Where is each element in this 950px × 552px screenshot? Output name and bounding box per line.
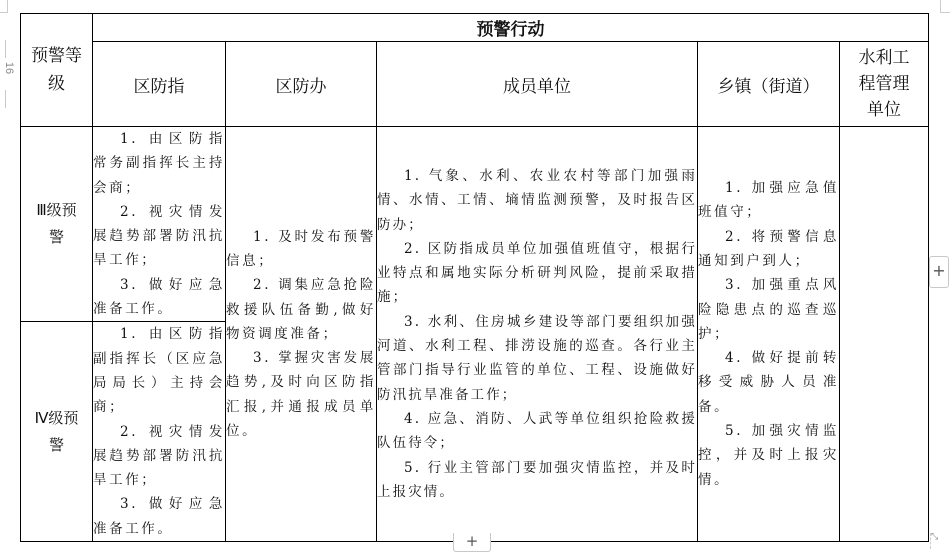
level-3-label: Ⅲ级预警 <box>21 127 93 322</box>
table-row-level3: Ⅲ级预警 1. 由区防指常务副指挥长主持会商； 2. 视灾情发展趋势部署防汛抗旱… <box>21 127 929 322</box>
list-item: 3. 掌握灾害发展趋势,及时向区防指汇报,并通报成员单位。 <box>226 346 376 443</box>
header-qufangzhi: 区防指 <box>93 42 226 127</box>
header-water-project-units: 水利工程管理单位 <box>840 42 929 127</box>
header-warning-level: 预警等级 <box>21 14 93 127</box>
list-item: 4. 应急、消防、人武等单位组织抢险救援队伍待令； <box>377 407 697 456</box>
table-resize-handle[interactable]: ⤡ <box>930 533 947 549</box>
water-project-units-cell <box>840 127 929 542</box>
list-item: 3. 水利、住房城乡建设等部门要组织加强河道、水利工程、排涝设施的巡查。各行业主… <box>377 310 697 407</box>
page-number: 16 <box>3 59 15 77</box>
list-item: 2. 视灾情发展趋势部署防汛抗旱工作； <box>93 200 225 273</box>
level-4-label: Ⅳ级预警 <box>21 322 93 542</box>
header-township: 乡镇（街道） <box>698 42 840 127</box>
warning-action-table: 预警等级 预警行动 区防指 区防办 成员单位 乡镇（街道） 水利工程管理单位 Ⅲ… <box>20 13 929 542</box>
add-column-button[interactable]: + <box>929 256 949 288</box>
header-member-units: 成员单位 <box>377 42 698 127</box>
header-warning-action: 预警行动 <box>93 14 929 42</box>
resize-icon: ⤡ <box>931 532 938 542</box>
list-item: 1. 气象、水利、农业农村等部门加强雨情、水情、工情、墒情监测预警，及时报告区防… <box>377 164 697 237</box>
list-item: 4. 做好提前转移受威胁人员准备。 <box>698 346 839 419</box>
list-item: 3. 加强重点风险隐患点的巡查巡护； <box>698 273 839 346</box>
header-qufangban: 区防办 <box>226 42 377 127</box>
level-4-qufangzhi-cell: 1. 由区防指副指挥长（区应急局局长）主持会商； 2. 视灾情发展趋势部署防汛抗… <box>93 322 226 542</box>
list-item: 1. 由区防指常务副指挥长主持会商； <box>93 127 225 200</box>
member-units-cell: 1. 气象、水利、农业农村等部门加强雨情、水情、工情、墒情监测预警，及时报告区防… <box>377 127 698 542</box>
level-3-qufangzhi-cell: 1. 由区防指常务副指挥长主持会商； 2. 视灾情发展趋势部署防汛抗旱工作； 3… <box>93 127 226 322</box>
list-item: 5. 加强灾情监控，并及时上报灾情。 <box>698 419 839 492</box>
page-corner-mark-right <box>940 0 950 13</box>
page-corner-mark <box>0 0 8 13</box>
township-cell: 1. 加强应急值班值守； 2. 将预警信息通知到户到人； 3. 加强重点风险隐患… <box>698 127 840 542</box>
list-item: 2. 视灾情发展趋势部署防汛抗旱工作； <box>93 420 225 493</box>
list-item: 1. 及时发布预警信息； <box>226 225 376 274</box>
list-item: 2. 将预警信息通知到户到人； <box>698 225 839 274</box>
list-item: 2. 区防指成员单位加强值班值守，根据行业特点和属地实际分析研判风险，提前采取措… <box>377 237 697 310</box>
add-row-button[interactable]: + <box>453 533 491 552</box>
list-item: 2. 调集应急抢险救援队伍备勤,做好物资调度准备； <box>226 273 376 346</box>
list-item: 1. 加强应急值班值守； <box>698 176 839 225</box>
page-number-margin: 16 <box>0 40 18 110</box>
list-item: 3. 做好应急准备工作。 <box>93 492 225 541</box>
list-item: 3. 做好应急准备工作。 <box>93 273 225 322</box>
list-item: 5. 行业主管部门要加强灾情监控，并及时上报灾情。 <box>377 456 697 505</box>
qufangban-cell: 1. 及时发布预警信息； 2. 调集应急抢险救援队伍备勤,做好物资调度准备； 3… <box>226 127 377 542</box>
margin-bar <box>5 40 6 58</box>
list-item: 1. 由区防指副指挥长（区应急局局长）主持会商； <box>93 322 225 419</box>
margin-bar <box>5 90 6 108</box>
